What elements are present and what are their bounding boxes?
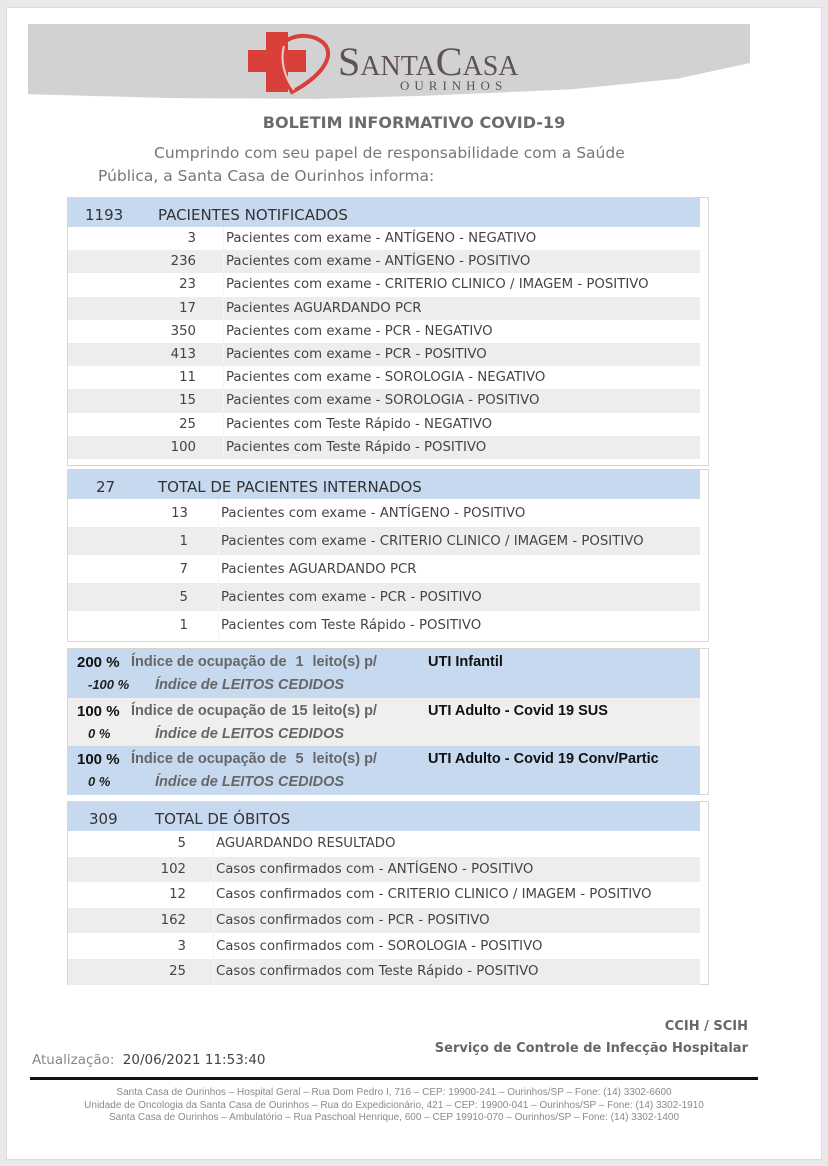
icu-occupancy-table: 200 %Índice de ocupação de1leito(s) p/UT… (67, 648, 709, 795)
table-row: 11Pacientes com exame - SOROLOGIA - NEGA… (68, 366, 700, 389)
row-value: 11 (68, 370, 223, 385)
ceded-percent: 0 % (88, 774, 155, 790)
table-row: 7Pacientes AGUARDANDO PCR (68, 555, 700, 583)
footer-addresses: Santa Casa de Ourinhos – Hospital Geral … (30, 1087, 758, 1125)
row-label: Casos confirmados com - PCR - POSITIVO (213, 908, 700, 934)
row-label: Pacientes com exame - PCR - POSITIVO (218, 583, 700, 611)
row-value: 1 (68, 618, 218, 633)
beds-suffix: leito(s) p/ (313, 654, 377, 671)
row-value: 3 (68, 231, 223, 246)
table-row: 100Pacientes com Teste Rápido - POSITIVO (68, 436, 700, 459)
row-value: 100 (68, 440, 223, 455)
row-label: Pacientes AGUARDANDO PCR (218, 555, 700, 583)
row-value: 25 (68, 417, 223, 432)
address-line: Santa Casa de Ourinhos – Hospital Geral … (30, 1087, 758, 1100)
intro-text: Cumprindo com seu papel de responsabilid… (98, 142, 658, 188)
row-value: 413 (68, 347, 223, 362)
row-label: Pacientes com Teste Rápido - POSITIVO (223, 436, 700, 459)
section-title: PACIENTES NOTIFICADOS (158, 206, 348, 224)
table-row: 12Casos confirmados com - CRITERIO CLINI… (68, 882, 700, 908)
row-value: 15 (68, 393, 223, 408)
occupancy-row: 100 %Índice de ocupação de15leito(s) p/U… (68, 698, 700, 747)
unit-name: UTI Infantil (428, 654, 503, 670)
section-header: 309 TOTAL DE ÓBITOS (68, 802, 700, 831)
brand-subtitle: OURINHOS (400, 78, 507, 94)
row-value: 1 (68, 534, 218, 549)
row-value: 23 (68, 277, 223, 292)
section-header: 1193 PACIENTES NOTIFICADOS (68, 198, 700, 227)
occupancy-row: 200 %Índice de ocupação de1leito(s) p/UT… (68, 649, 700, 698)
table-row: 25Pacientes com Teste Rápido - NEGATIVO (68, 413, 700, 436)
deaths-table: 309 TOTAL DE ÓBITOS 5AGUARDANDO RESULTAD… (67, 801, 709, 985)
row-label: Casos confirmados com - ANTÍGENO - POSIT… (213, 857, 700, 883)
red-cross-heart-icon (248, 30, 332, 96)
deaths-total: 309 (68, 810, 155, 828)
occupancy-label: Índice de ocupação de (131, 654, 287, 671)
row-label: Pacientes com exame - ANTÍGENO - NEGATIV… (223, 227, 700, 250)
update-label: Atualização: (32, 1052, 114, 1068)
occupancy-percent: 100 % (77, 703, 131, 720)
table-row: 5AGUARDANDO RESULTADO (68, 831, 700, 857)
table-row: 236Pacientes com exame - ANTÍGENO - POSI… (68, 250, 700, 273)
occupancy-row: 100 %Índice de ocupação de5leito(s) p/UT… (68, 746, 700, 795)
row-label: Casos confirmados com - CRITERIO CLINICO… (213, 882, 700, 908)
ceded-percent: -100 % (88, 677, 155, 693)
occupancy-percent: 100 % (77, 751, 131, 768)
table-row: 15Pacientes com exame - SOROLOGIA - POSI… (68, 389, 700, 412)
row-value: 7 (68, 562, 218, 577)
row-label: Pacientes com exame - ANTÍGENO - POSITIV… (218, 499, 700, 527)
bed-count: 1 (287, 654, 313, 671)
table-row: 3Pacientes com exame - ANTÍGENO - NEGATI… (68, 227, 700, 250)
beds-suffix: leito(s) p/ (313, 703, 377, 720)
row-label: AGUARDANDO RESULTADO (213, 831, 700, 857)
row-value: 25 (68, 964, 213, 979)
table-row: 5Pacientes com exame - PCR - POSITIVO (68, 583, 700, 611)
notified-patients-table: 1193 PACIENTES NOTIFICADOS 3Pacientes co… (67, 197, 709, 466)
row-value: 236 (68, 254, 223, 269)
ceded-label: Índice de LEITOS CEDIDOS (155, 677, 344, 693)
update-timestamp: Atualização: 20/06/2021 11:53:40 (32, 1052, 266, 1068)
table-row: 3Casos confirmados com - SOROLOGIA - POS… (68, 933, 700, 959)
row-label: Pacientes com Teste Rápido - POSITIVO (218, 611, 700, 639)
row-value: 3 (68, 939, 213, 954)
occupancy-label: Índice de ocupação de (131, 703, 287, 720)
beds-suffix: leito(s) p/ (313, 751, 377, 768)
notified-total: 1193 (68, 206, 158, 224)
row-label: Pacientes AGUARDANDO PCR (223, 297, 700, 320)
row-label: Pacientes com exame - SOROLOGIA - POSITI… (223, 389, 700, 412)
hospitalized-total: 27 (68, 478, 158, 496)
section-header: 27 TOTAL DE PACIENTES INTERNADOS (68, 470, 700, 499)
table-row: 23Pacientes com exame - CRITERIO CLINICO… (68, 273, 700, 296)
row-label: Pacientes com exame - CRITERIO CLINICO /… (218, 527, 700, 555)
bed-count: 15 (287, 703, 313, 720)
address-line: Santa Casa de Ourinhos – Ambulatório – R… (30, 1112, 758, 1125)
signature: CCIH / SCIH Serviço de Controle de Infec… (435, 1016, 748, 1060)
table-row: 1Pacientes com Teste Rápido - POSITIVO (68, 611, 700, 639)
table-row: 25Casos confirmados com Teste Rápido - P… (68, 959, 700, 985)
signature-service: Serviço de Controle de Infecção Hospital… (435, 1038, 748, 1060)
ceded-percent: 0 % (88, 726, 155, 742)
row-value: 162 (68, 913, 213, 928)
ceded-label: Índice de LEITOS CEDIDOS (155, 726, 344, 742)
row-value: 17 (68, 301, 223, 316)
row-value: 5 (68, 590, 218, 605)
row-label: Pacientes com exame - SOROLOGIA - NEGATI… (223, 366, 700, 389)
hospitalized-patients-table: 27 TOTAL DE PACIENTES INTERNADOS 13Pacie… (67, 469, 709, 642)
unit-name: UTI Adulto - Covid 19 Conv/Partic (428, 751, 659, 767)
ceded-label: Índice de LEITOS CEDIDOS (155, 774, 344, 790)
section-title: TOTAL DE PACIENTES INTERNADOS (158, 478, 422, 496)
row-label: Casos confirmados com - SOROLOGIA - POSI… (213, 933, 700, 959)
table-row: 413Pacientes com exame - PCR - POSITIVO (68, 343, 700, 366)
row-value: 350 (68, 324, 223, 339)
address-line: Unidade de Oncologia da Santa Casa de Ou… (30, 1100, 758, 1113)
bulletin-title: BOLETIM INFORMATIVO COVID-19 (0, 113, 816, 132)
section-title: TOTAL DE ÓBITOS (155, 810, 290, 828)
unit-name: UTI Adulto - Covid 19 SUS (428, 703, 608, 719)
table-row: 17Pacientes AGUARDANDO PCR (68, 297, 700, 320)
table-row: 102Casos confirmados com - ANTÍGENO - PO… (68, 857, 700, 883)
occupancy-label: Índice de ocupação de (131, 751, 287, 768)
row-value: 102 (68, 862, 213, 877)
table-row: 350Pacientes com exame - PCR - NEGATIVO (68, 320, 700, 343)
table-row: 162Casos confirmados com - PCR - POSITIV… (68, 908, 700, 934)
row-label: Pacientes com exame - PCR - NEGATIVO (223, 320, 700, 343)
footer-divider (30, 1077, 758, 1080)
row-value: 12 (68, 887, 213, 902)
signature-dept: CCIH / SCIH (435, 1016, 748, 1038)
row-label: Pacientes com exame - CRITERIO CLINICO /… (223, 273, 700, 296)
table-row: 13Pacientes com exame - ANTÍGENO - POSIT… (68, 499, 700, 527)
update-value: 20/06/2021 11:53:40 (123, 1052, 266, 1068)
row-value: 13 (68, 506, 218, 521)
row-label: Pacientes com Teste Rápido - NEGATIVO (223, 413, 700, 436)
row-value: 5 (68, 836, 213, 851)
occupancy-percent: 200 % (77, 654, 131, 671)
bed-count: 5 (287, 751, 313, 768)
row-label: Pacientes com exame - PCR - POSITIVO (223, 343, 700, 366)
table-row: 1Pacientes com exame - CRITERIO CLINICO … (68, 527, 700, 555)
row-label: Casos confirmados com Teste Rápido - POS… (213, 959, 700, 985)
row-label: Pacientes com exame - ANTÍGENO - POSITIV… (223, 250, 700, 273)
santa-casa-logo: SANTACASA OURINHOS (248, 30, 548, 100)
